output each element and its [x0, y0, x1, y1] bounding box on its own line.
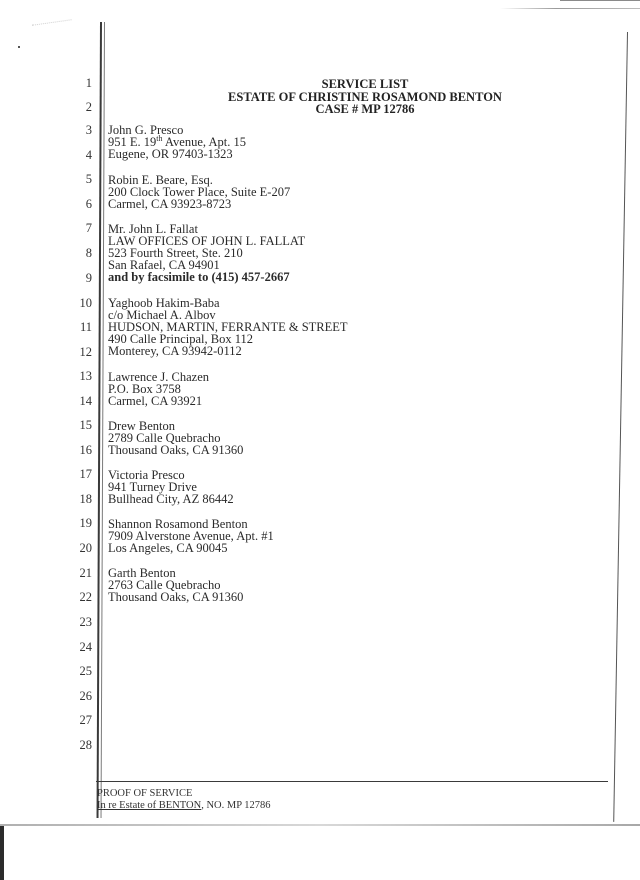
line-number: 27 — [62, 713, 92, 727]
line-number: 26 — [62, 689, 92, 703]
line-number: 22 — [62, 590, 92, 604]
entry-city: Bullhead City, AZ 86442 — [108, 493, 234, 505]
line-number: 20 — [62, 541, 92, 555]
scan-edge-left-strip — [0, 826, 4, 880]
line-number: 9 — [62, 271, 92, 285]
line-number: 3 — [62, 123, 92, 137]
line-number: 23 — [62, 615, 92, 629]
footer-caption-rest: , NO. MP 12786 — [201, 800, 270, 811]
entry-city: Los Angeles, CA 90045 — [108, 542, 274, 554]
line-number: 8 — [62, 246, 92, 260]
line-number: 18 — [62, 492, 92, 506]
scan-edge-bottom — [0, 824, 640, 826]
footer-title: PROOF OF SERVICE — [97, 788, 271, 800]
service-entry-victoria-presco: Victoria Presco 941 Turney Drive Bullhea… — [108, 469, 234, 505]
entry-city: Thousand Oaks, CA 91360 — [108, 444, 243, 456]
line-number: 19 — [62, 516, 92, 530]
line-number: 13 — [62, 369, 92, 383]
scan-smudge — [32, 19, 72, 30]
footer: PROOF OF SERVICE In re Estate of BENTON,… — [97, 788, 271, 812]
line-number: 1 — [62, 76, 92, 90]
service-entry-shannon-benton: Shannon Rosamond Benton 7909 Alverstone … — [108, 518, 274, 554]
line-number: 14 — [62, 394, 92, 408]
scan-edge-top — [500, 8, 640, 9]
scan-speck — [18, 46, 20, 48]
document-title: SERVICE LIST — [200, 78, 530, 90]
line-number: 5 — [62, 172, 92, 186]
line-number: 15 — [62, 418, 92, 432]
entry-city: Thousand Oaks, CA 91360 — [108, 591, 243, 603]
line-number: 4 — [62, 148, 92, 162]
service-entry-garth-benton: Garth Benton 2763 Calle Quebracho Thousa… — [108, 567, 243, 603]
entry-fax-note: and by facsimile to (415) 457-2667 — [108, 271, 305, 283]
case-number: CASE # MP 12786 — [200, 103, 530, 115]
line-number: 6 — [62, 197, 92, 211]
service-entry-beare: Robin E. Beare, Esq. 200 Clock Tower Pla… — [108, 174, 290, 210]
service-entry-drew-benton: Drew Benton 2789 Calle Quebracho Thousan… — [108, 420, 243, 456]
service-entry-chazen: Lawrence J. Chazen P.O. Box 3758 Carmel,… — [108, 371, 209, 407]
line-number: 17 — [62, 467, 92, 481]
entry-city: Eugene, OR 97403-1323 — [108, 148, 246, 160]
scan-edge-top-2 — [560, 0, 640, 1]
line-number: 25 — [62, 664, 92, 678]
entry-city: Monterey, CA 93942-0112 — [108, 345, 348, 357]
service-entry-presco: John G. Presco 951 E. 19th Avenue, Apt. … — [108, 124, 246, 160]
service-entry-fallat: Mr. John L. Fallat LAW OFFICES OF JOHN L… — [108, 223, 305, 283]
line-number: 16 — [62, 443, 92, 457]
footer-caption-underlined: In re Estate of BENTON — [97, 800, 201, 811]
footer-caption: In re Estate of BENTON, NO. MP 12786 — [97, 800, 271, 812]
line-number: 11 — [62, 320, 92, 334]
footer-rule — [96, 781, 608, 782]
service-entry-hakim-baba: Yaghoob Hakim-Baba c/o Michael A. Albov … — [108, 297, 348, 357]
line-number: 2 — [62, 100, 92, 114]
line-number: 24 — [62, 640, 92, 654]
line-number: 10 — [62, 296, 92, 310]
line-number: 7 — [62, 221, 92, 235]
line-number: 12 — [62, 345, 92, 359]
line-number: 28 — [62, 738, 92, 752]
pleading-rule-right — [613, 32, 628, 822]
entry-city: Carmel, CA 93923-8723 — [108, 198, 290, 210]
entry-city: Carmel, CA 93921 — [108, 395, 209, 407]
line-number: 21 — [62, 566, 92, 580]
